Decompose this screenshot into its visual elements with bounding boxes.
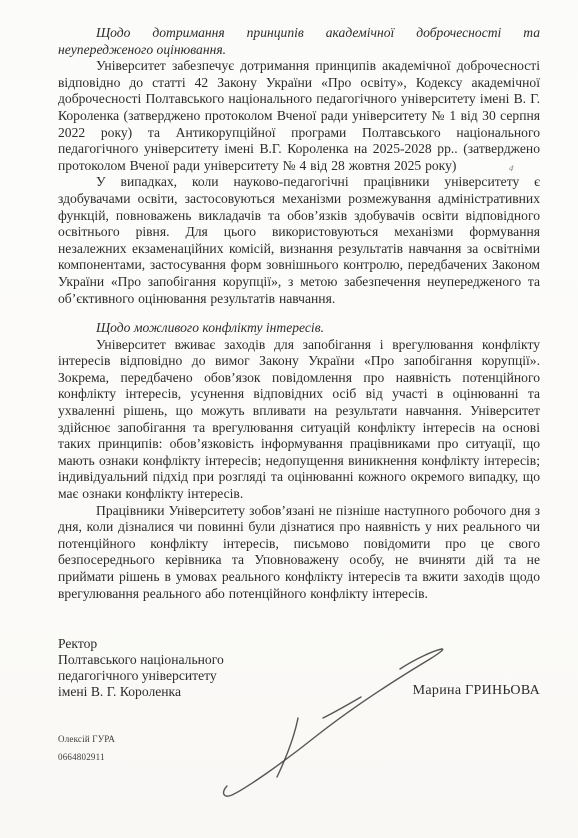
contact-phone: 0664802911 xyxy=(58,748,540,766)
paragraph-conflict-of-interest-1: Університет вживає заходів для запобіган… xyxy=(58,337,540,503)
signer-title-block: Ректор Полтавського національного педаго… xyxy=(58,636,224,700)
contact-footer: Олексій ГУРА 0664802911 xyxy=(58,730,540,766)
signer-name: Марина ГРИНЬОВА xyxy=(413,683,540,700)
paragraph-academic-integrity-2: У випадках, коли науково-педагогічні пра… xyxy=(58,174,540,307)
signature-row: Ректор Полтавського національного педаго… xyxy=(58,636,540,700)
signer-title-line: педагогічного університету xyxy=(58,668,224,684)
signer-title-line: Полтавського національного xyxy=(58,652,224,668)
signer-title-line: імені В. Г. Короленка xyxy=(58,684,224,700)
paragraph-conflict-of-interest-2: Працівники Університету зобов’язані не п… xyxy=(58,503,540,603)
contact-name: Олексій ГУРА xyxy=(58,730,540,748)
document-body: Щодо дотримання принципів академічної до… xyxy=(58,25,540,766)
section-heading-academic-integrity: Щодо дотримання принципів академічної до… xyxy=(58,25,540,58)
paragraph-academic-integrity-1: Університет забезпечує дотримання принци… xyxy=(58,58,540,174)
document-page: Щодо дотримання принципів академічної до… xyxy=(0,0,578,838)
section-heading-conflict-of-interest: Щодо можливого конфлікту інтересів. xyxy=(58,320,540,337)
signer-title-line: Ректор xyxy=(58,636,224,652)
